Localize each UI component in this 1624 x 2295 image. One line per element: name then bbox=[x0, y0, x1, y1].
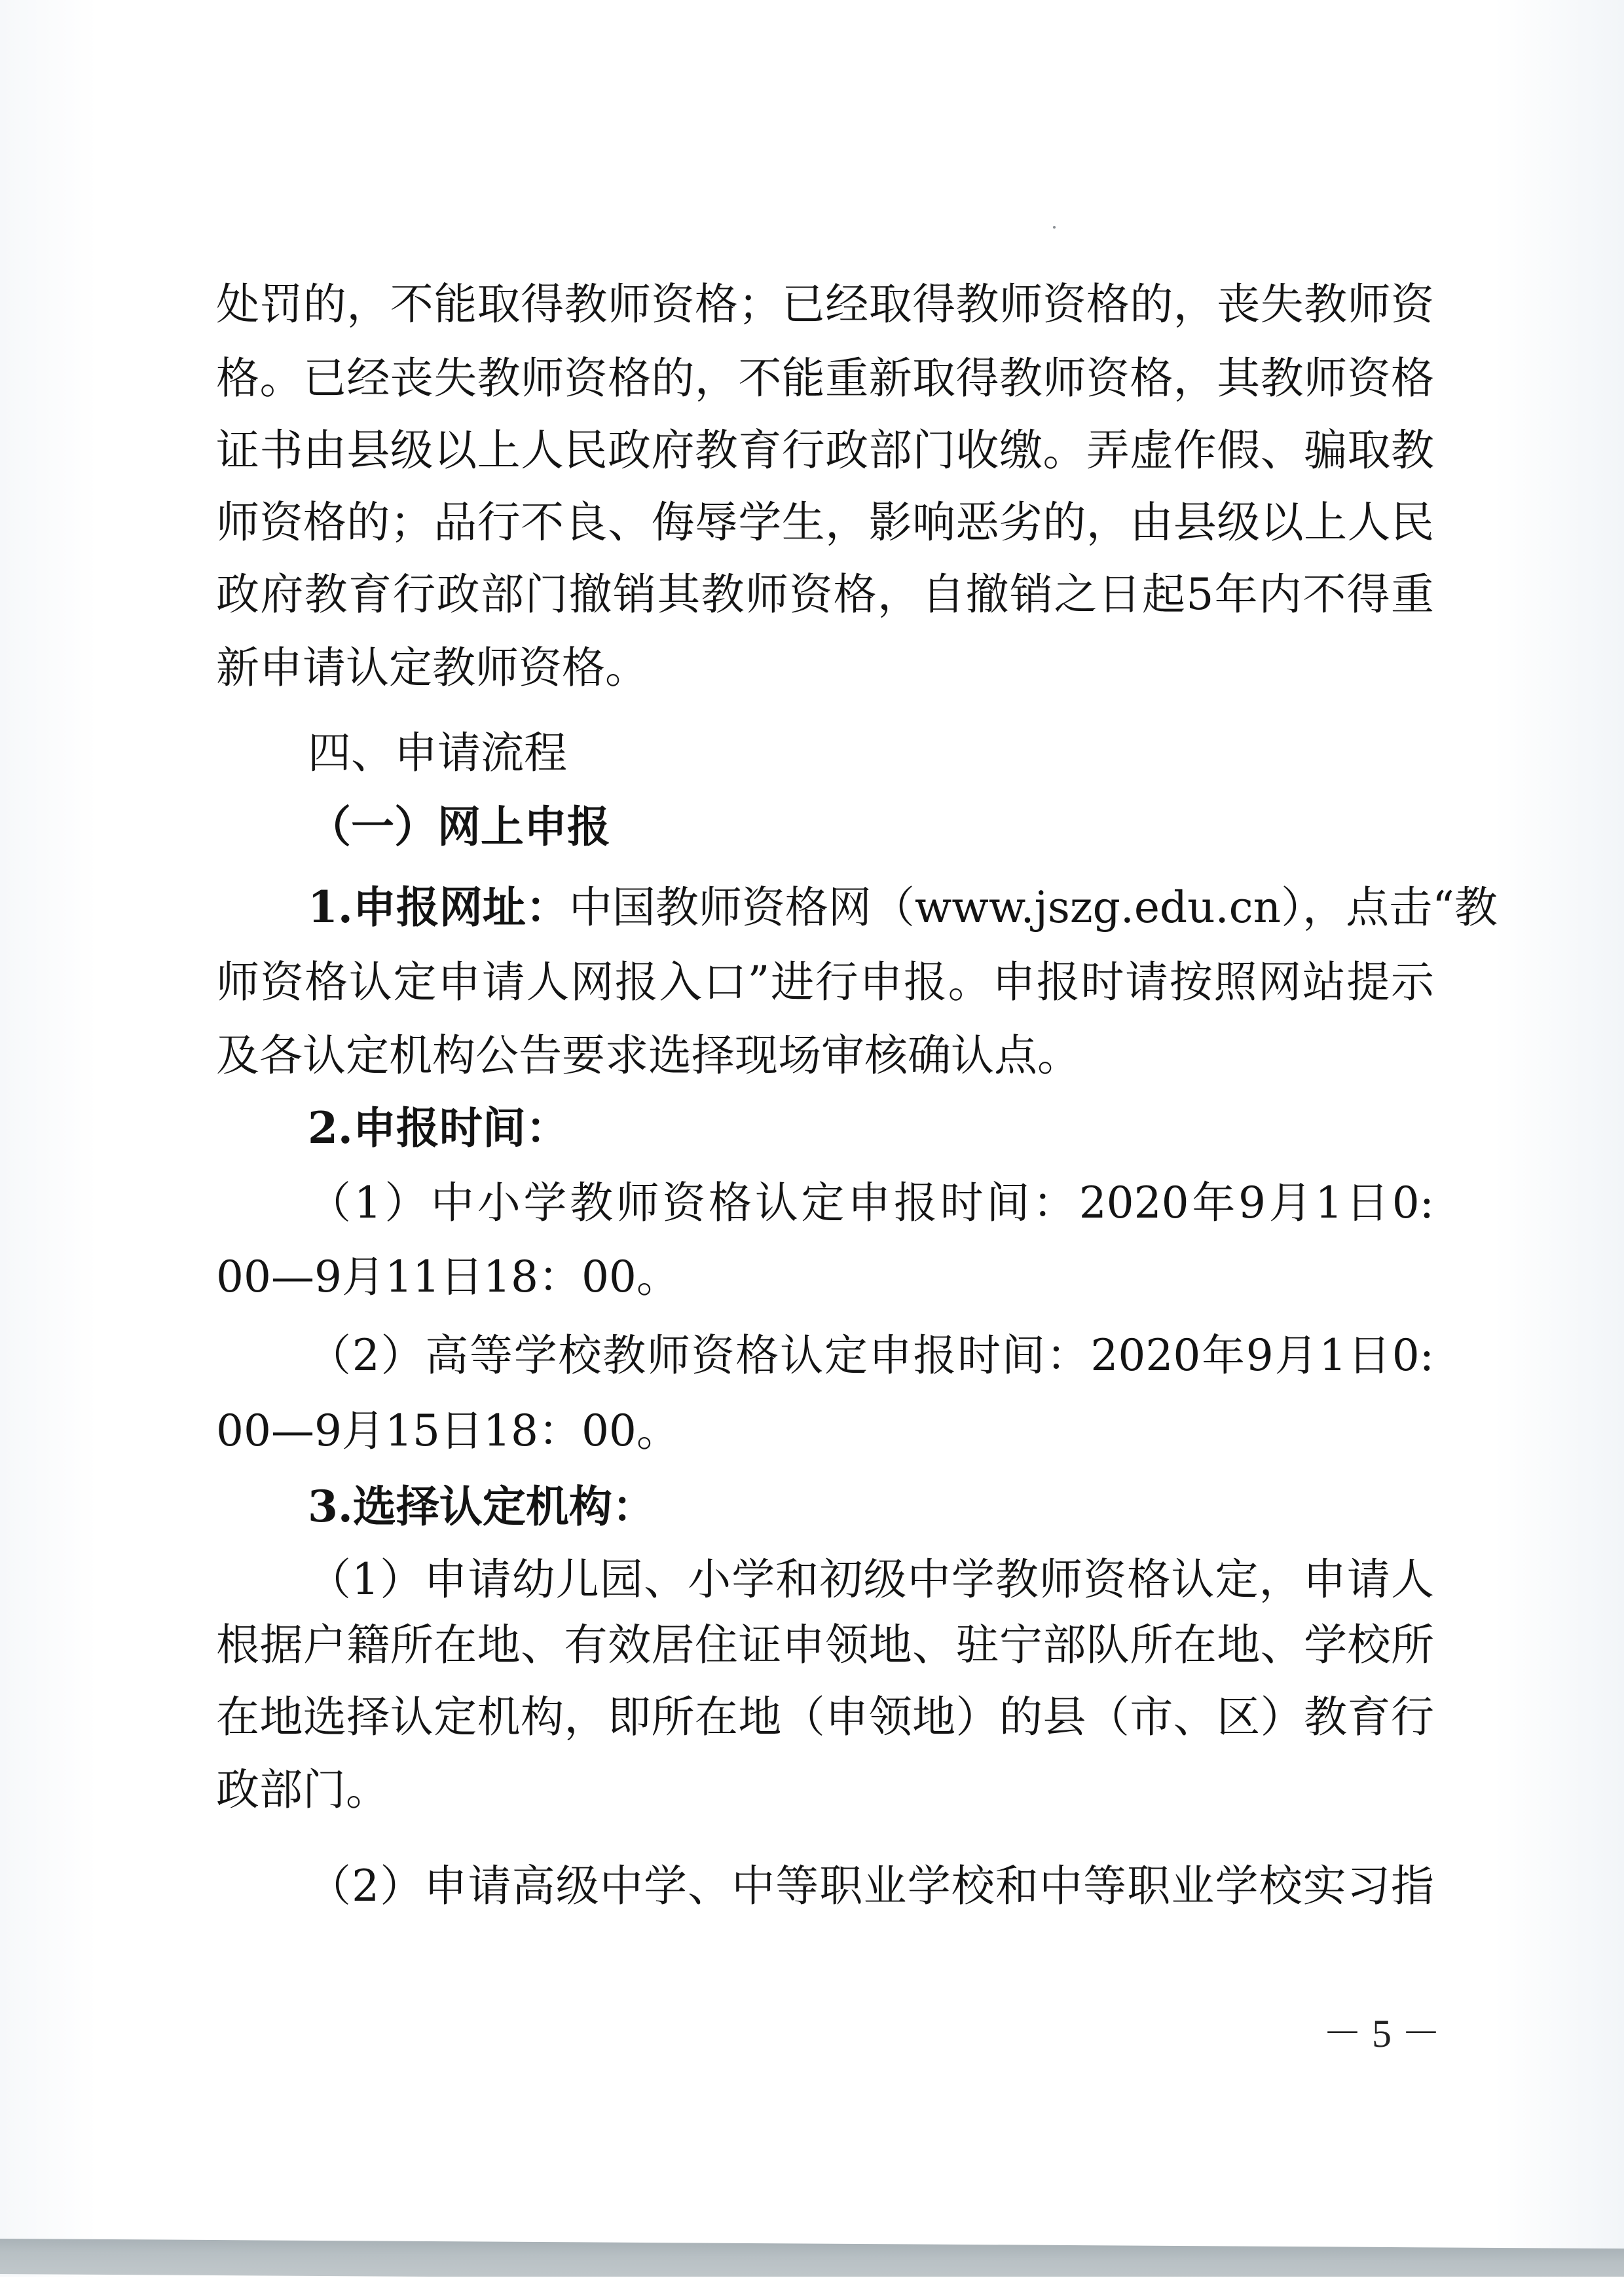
item3-sub1-line1: （1）申请幼儿园、小学和初级中学教师资格认定，申请人 bbox=[308, 1544, 1434, 1616]
item3-label: 3.选择认定机构： bbox=[308, 1470, 1434, 1542]
item2-sub1-line2: 00—9月11日18：00。 bbox=[216, 1241, 1434, 1313]
item1-line2: 师资格认定申请人网报入口”进行申报。申报时请按照网站提示 bbox=[216, 946, 1434, 1018]
paragraph-line: 格。已经丧失教师资格的，不能重新取得教师资格，其教师资格 bbox=[216, 343, 1434, 415]
item3-sub2-line1: （2）申请高级中学、中等职业学校和中等职业学校实习指 bbox=[308, 1850, 1434, 1922]
item1-text: 中国教师资格网（www.jszg.edu.cn），点击“教 bbox=[569, 882, 1498, 933]
paragraph-line: 师资格的；品行不良、侮辱学生，影响恶劣的，由县级以上人民 bbox=[216, 487, 1434, 559]
paragraph-line: 证书由县级以上人民政府教育行政部门收缴。弄虚作假、骗取教 bbox=[216, 415, 1434, 487]
scan-margin bbox=[0, 2277, 1624, 2295]
section-heading: 四、申请流程 bbox=[308, 717, 1434, 789]
item3-sub1-line2: 根据户籍所在地、有效居住证申领地、驻宁部队所在地、学校所 bbox=[216, 1609, 1434, 1681]
item3-sub1-line4: 政部门。 bbox=[216, 1754, 1434, 1826]
paragraph-line: 政府教育行政部门撤销其教师资格，自撤销之日起5年内不得重 bbox=[216, 559, 1434, 631]
item2-label: 2.申报时间： bbox=[308, 1092, 1434, 1164]
item2-sub1-line1: （1）中小学教师资格认定申报时间：2020年9月1日0: bbox=[308, 1167, 1434, 1239]
paragraph-line: 处罚的，不能取得教师资格；已经取得教师资格的，丧失教师资 bbox=[216, 269, 1434, 341]
paragraph-line: 新申请认定教师资格。 bbox=[216, 632, 1434, 704]
item1-line3: 及各认定机构公告要求选择现场审核确认点。 bbox=[216, 1020, 1434, 1092]
scan-speck bbox=[1053, 226, 1056, 229]
document-page: 处罚的，不能取得教师资格；已经取得教师资格的，丧失教师资 格。已经丧失教师资格的… bbox=[0, 0, 1624, 2295]
item2-sub2-line2: 00—9月15日18：00。 bbox=[216, 1395, 1434, 1467]
item1-line1: 1.申报网址：中国教师资格网（www.jszg.edu.cn），点击“教 bbox=[308, 871, 1434, 943]
item3-sub1-line3: 在地选择认定机构，即所在地（申领地）的县（市、区）教育行 bbox=[216, 1681, 1434, 1753]
item2-sub2-line1: （2）高等学校教师资格认定申报时间：2020年9月1日0: bbox=[308, 1320, 1434, 1392]
item1-label: 1.申报网址： bbox=[308, 882, 569, 933]
page-number: － 5 － bbox=[1316, 1998, 1447, 2070]
subsection-heading: （一）网上申报 bbox=[308, 791, 1434, 863]
